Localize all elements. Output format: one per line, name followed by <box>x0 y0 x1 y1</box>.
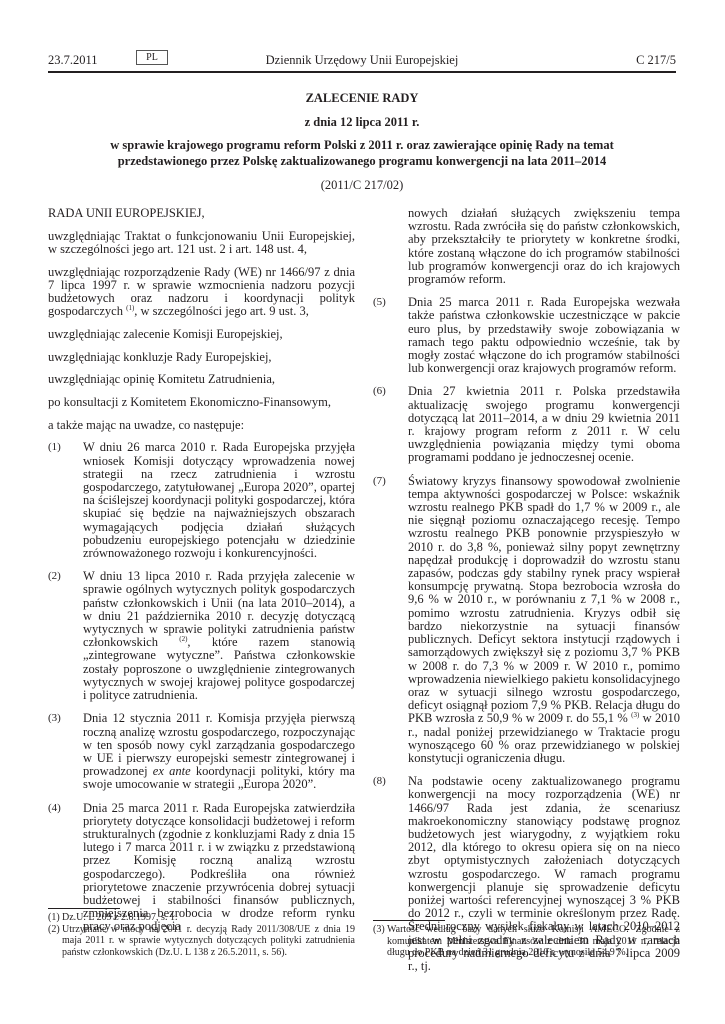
footnotes-left: (1) Dz.U. L 209 z 2.8.1997, s. 1. (2) Ut… <box>48 912 355 958</box>
left-column: RADA UNII EUROPEJSKIEJ, uwzględniając Tr… <box>48 207 355 944</box>
document-subject: w sprawie krajowego programu reform Pols… <box>48 137 676 169</box>
recital-2: (2) W dniu 13 lipca 2010 r. Rada przyjęł… <box>48 570 355 702</box>
recital-number: (1) <box>48 441 83 560</box>
recital-number: (3) <box>48 712 83 791</box>
footnote-text: Wartość według bazy danych służb Komisji… <box>387 924 680 959</box>
footnote-rule-left <box>48 908 120 909</box>
preamble-citation-1: uwzględniając Traktat o funkcjonowaniu U… <box>48 230 355 256</box>
footnote-rule-right <box>373 920 445 921</box>
footnote-mark: (3) <box>373 924 387 959</box>
recital-5: (5) Dnia 25 marca 2011 r. Rada Europejsk… <box>373 296 680 375</box>
recital-number: (5) <box>373 296 408 375</box>
recital-3: (3) Dnia 12 stycznia 2011 r. Komisja prz… <box>48 712 355 791</box>
document-title-block: ZALECENIE RADY z dnia 12 lipca 2011 r. w… <box>48 90 676 193</box>
footnotes-right: (3) Wartość według bazy danych służb Kom… <box>373 924 680 959</box>
page-reference: C 217/5 <box>636 52 676 68</box>
header-rule <box>48 71 676 73</box>
document-reference: (2011/C 217/02) <box>48 177 676 193</box>
recital-1: (1) W dniu 26 marca 2010 r. Rada Europej… <box>48 441 355 560</box>
footnote-3: (3) Wartość według bazy danych służb Kom… <box>373 924 680 959</box>
footnote-2: (2) Utrzymane w mocy na 2011 r. decyzją … <box>48 924 355 959</box>
recital-4-continuation: nowych działań służących zwiększeniu tem… <box>373 207 680 286</box>
document-date: z dnia 12 lipca 2011 r. <box>48 114 676 130</box>
page-header: 23.7.2011 PL Dziennik Urzędowy Unii Euro… <box>48 50 676 70</box>
recital-number: (7) <box>373 475 408 765</box>
journal-title: Dziennik Urzędowy Unii Europejskiej <box>48 52 676 68</box>
recital-7: (7) Światowy kryzys finansowy spowodował… <box>373 475 680 765</box>
footnote-mark: (2) <box>48 924 62 959</box>
recital-text: W dniu 13 lipca 2010 r. Rada przyjęła za… <box>83 570 355 702</box>
preamble-council: RADA UNII EUROPEJSKIEJ, <box>48 207 355 220</box>
recital-number: (6) <box>373 385 408 464</box>
recital-text: Dnia 27 kwietnia 2011 r. Polska przedsta… <box>408 385 680 464</box>
preamble-citation-5: uwzględniając opinię Komitetu Zatrudnien… <box>48 373 355 386</box>
footnote-1: (1) Dz.U. L 209 z 2.8.1997, s. 1. <box>48 912 355 924</box>
preamble-citation-4: uwzględniając konkluzje Rady Europejskie… <box>48 351 355 364</box>
recital-text: W dniu 26 marca 2010 r. Rada Europejska … <box>83 441 355 560</box>
right-column: nowych działań służących zwiększeniu tem… <box>373 207 680 983</box>
preamble-citation-6: po konsultacji z Komitetem Ekonomiczno-F… <box>48 396 355 409</box>
footnote-mark: (1) <box>48 912 62 924</box>
preamble-citation-3: uwzględniając zalecenie Komisji Europejs… <box>48 328 355 341</box>
recital-6: (6) Dnia 27 kwietnia 2011 r. Polska prze… <box>373 385 680 464</box>
recital-text: Światowy kryzys finansowy spowodował zwo… <box>408 475 680 765</box>
recital-text: Dnia 25 marca 2011 r. Rada Europejska we… <box>408 296 680 375</box>
preamble-citation-2: uwzględniając rozporządzenie Rady (WE) n… <box>48 266 355 319</box>
footnote-text: Dz.U. L 209 z 2.8.1997, s. 1. <box>62 912 355 924</box>
recital-number: (2) <box>48 570 83 702</box>
recital-text: Dnia 12 stycznia 2011 r. Komisja przyjęł… <box>83 712 355 791</box>
document-type: ZALECENIE RADY <box>48 90 676 106</box>
footnote-text: Utrzymane w mocy na 2011 r. decyzją Rady… <box>62 924 355 959</box>
preamble-whereas: a także mając na uwadze, co następuje: <box>48 419 355 432</box>
